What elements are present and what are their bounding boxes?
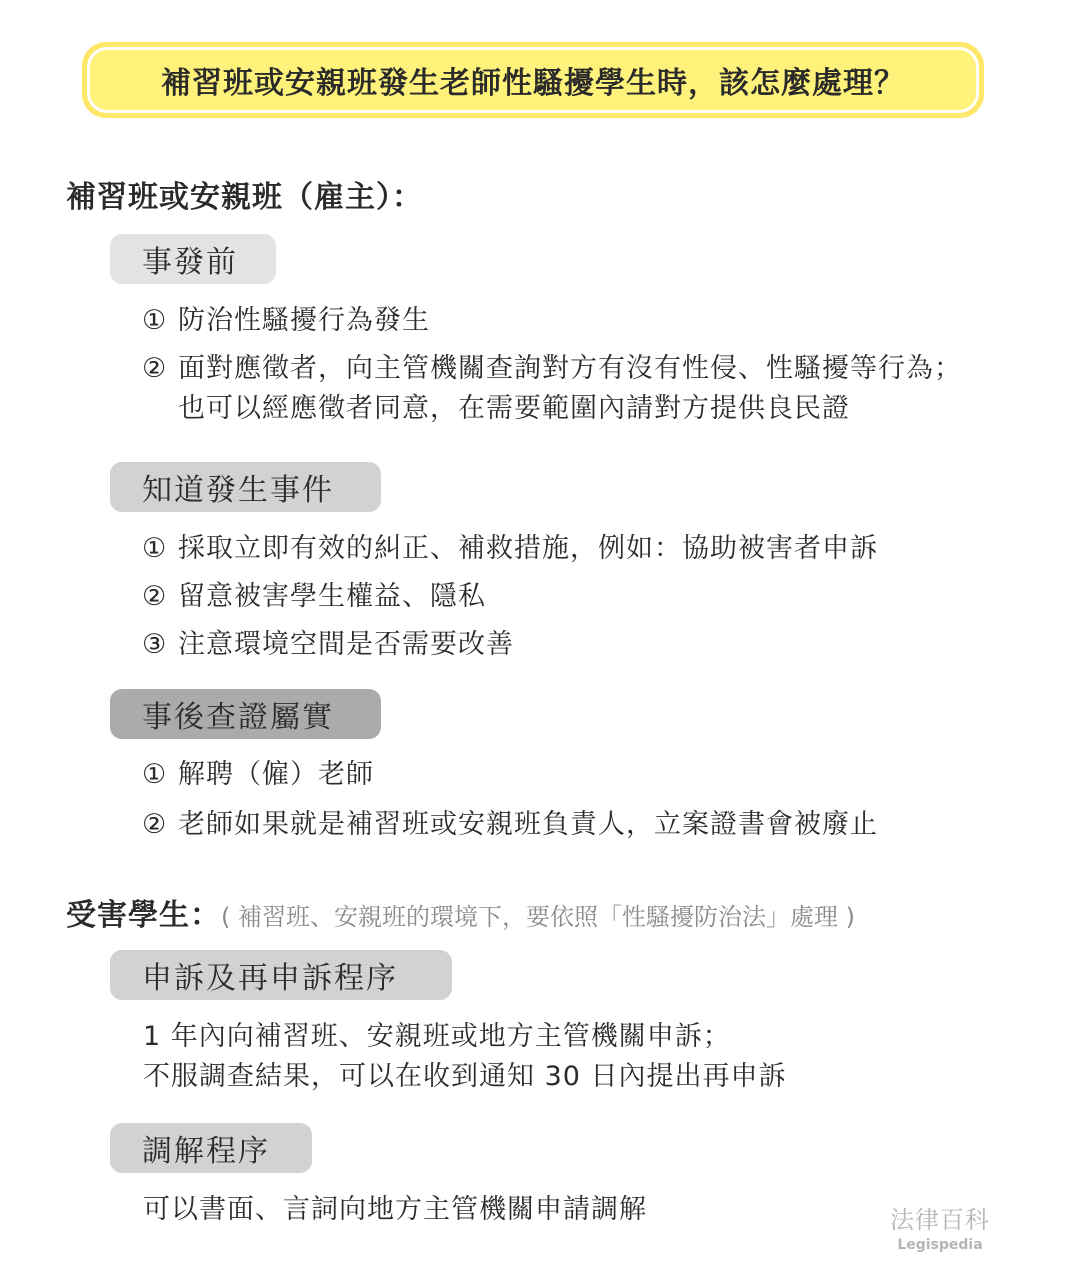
badge-mediation-procedure: 調解程序 <box>110 1123 312 1173</box>
title-banner-inner: 補習班或安親班發生老師性騷擾學生時，該怎麼處理？ <box>87 47 979 113</box>
text-line: 不服調查結果，可以在收到通知 30 日內提出再申訴 <box>143 1054 787 1093</box>
employer-section-title: 補習班或安親班（雇主）： <box>66 172 423 216</box>
text-line: 1 年內向補習班、安親班或地方主管機關申訴； <box>143 1014 731 1053</box>
list-item-continuation: 也可以經應徵者同意，在需要範圍內請對方提供良民證 <box>178 386 850 425</box>
title-banner: 補習班或安親班發生老師性騷擾學生時，該怎麼處理？ <box>82 42 984 118</box>
list-item: ①採取立即有效的糾正、補救措施，例如：協助被害者申訴 <box>142 526 878 565</box>
list-item: ③注意環境空間是否需要改善 <box>142 622 514 661</box>
badge-complaint-procedure: 申訴及再申訴程序 <box>110 950 452 1000</box>
badge-aware-of-incident: 知道發生事件 <box>110 462 381 512</box>
badge-verified-after: 事後查證屬實 <box>110 689 381 739</box>
victim-section-title: 受害學生：( 補習班、安親班的環境下，要依照「性騷擾防治法」處理 ) <box>66 890 855 934</box>
list-item: ①防治性騷擾行為發生 <box>142 298 430 337</box>
victim-section-note: ( 補習班、安親班的環境下，要依照「性騷擾防治法」處理 ) <box>221 903 855 931</box>
list-item: ②面對應徵者，向主管機關查詢對方有沒有性侵、性騷擾等行為； <box>142 346 962 385</box>
list-item: ②老師如果就是補習班或安親班負責人，立案證書會被廢止 <box>142 802 878 841</box>
page-title: 補習班或安親班發生老師性騷擾學生時，該怎麼處理？ <box>161 58 905 102</box>
text-line: 可以書面、言詞向地方主管機關申請調解 <box>143 1187 647 1226</box>
watermark-cn: 法律百科 <box>890 1200 990 1235</box>
watermark-logo: 法律百科 Legispedia <box>890 1200 990 1253</box>
list-item: ①解聘（僱）老師 <box>142 752 374 791</box>
badge-before-incident: 事發前 <box>110 234 276 284</box>
watermark-en: Legispedia <box>890 1237 990 1253</box>
list-item: ②留意被害學生權益、隱私 <box>142 574 486 613</box>
